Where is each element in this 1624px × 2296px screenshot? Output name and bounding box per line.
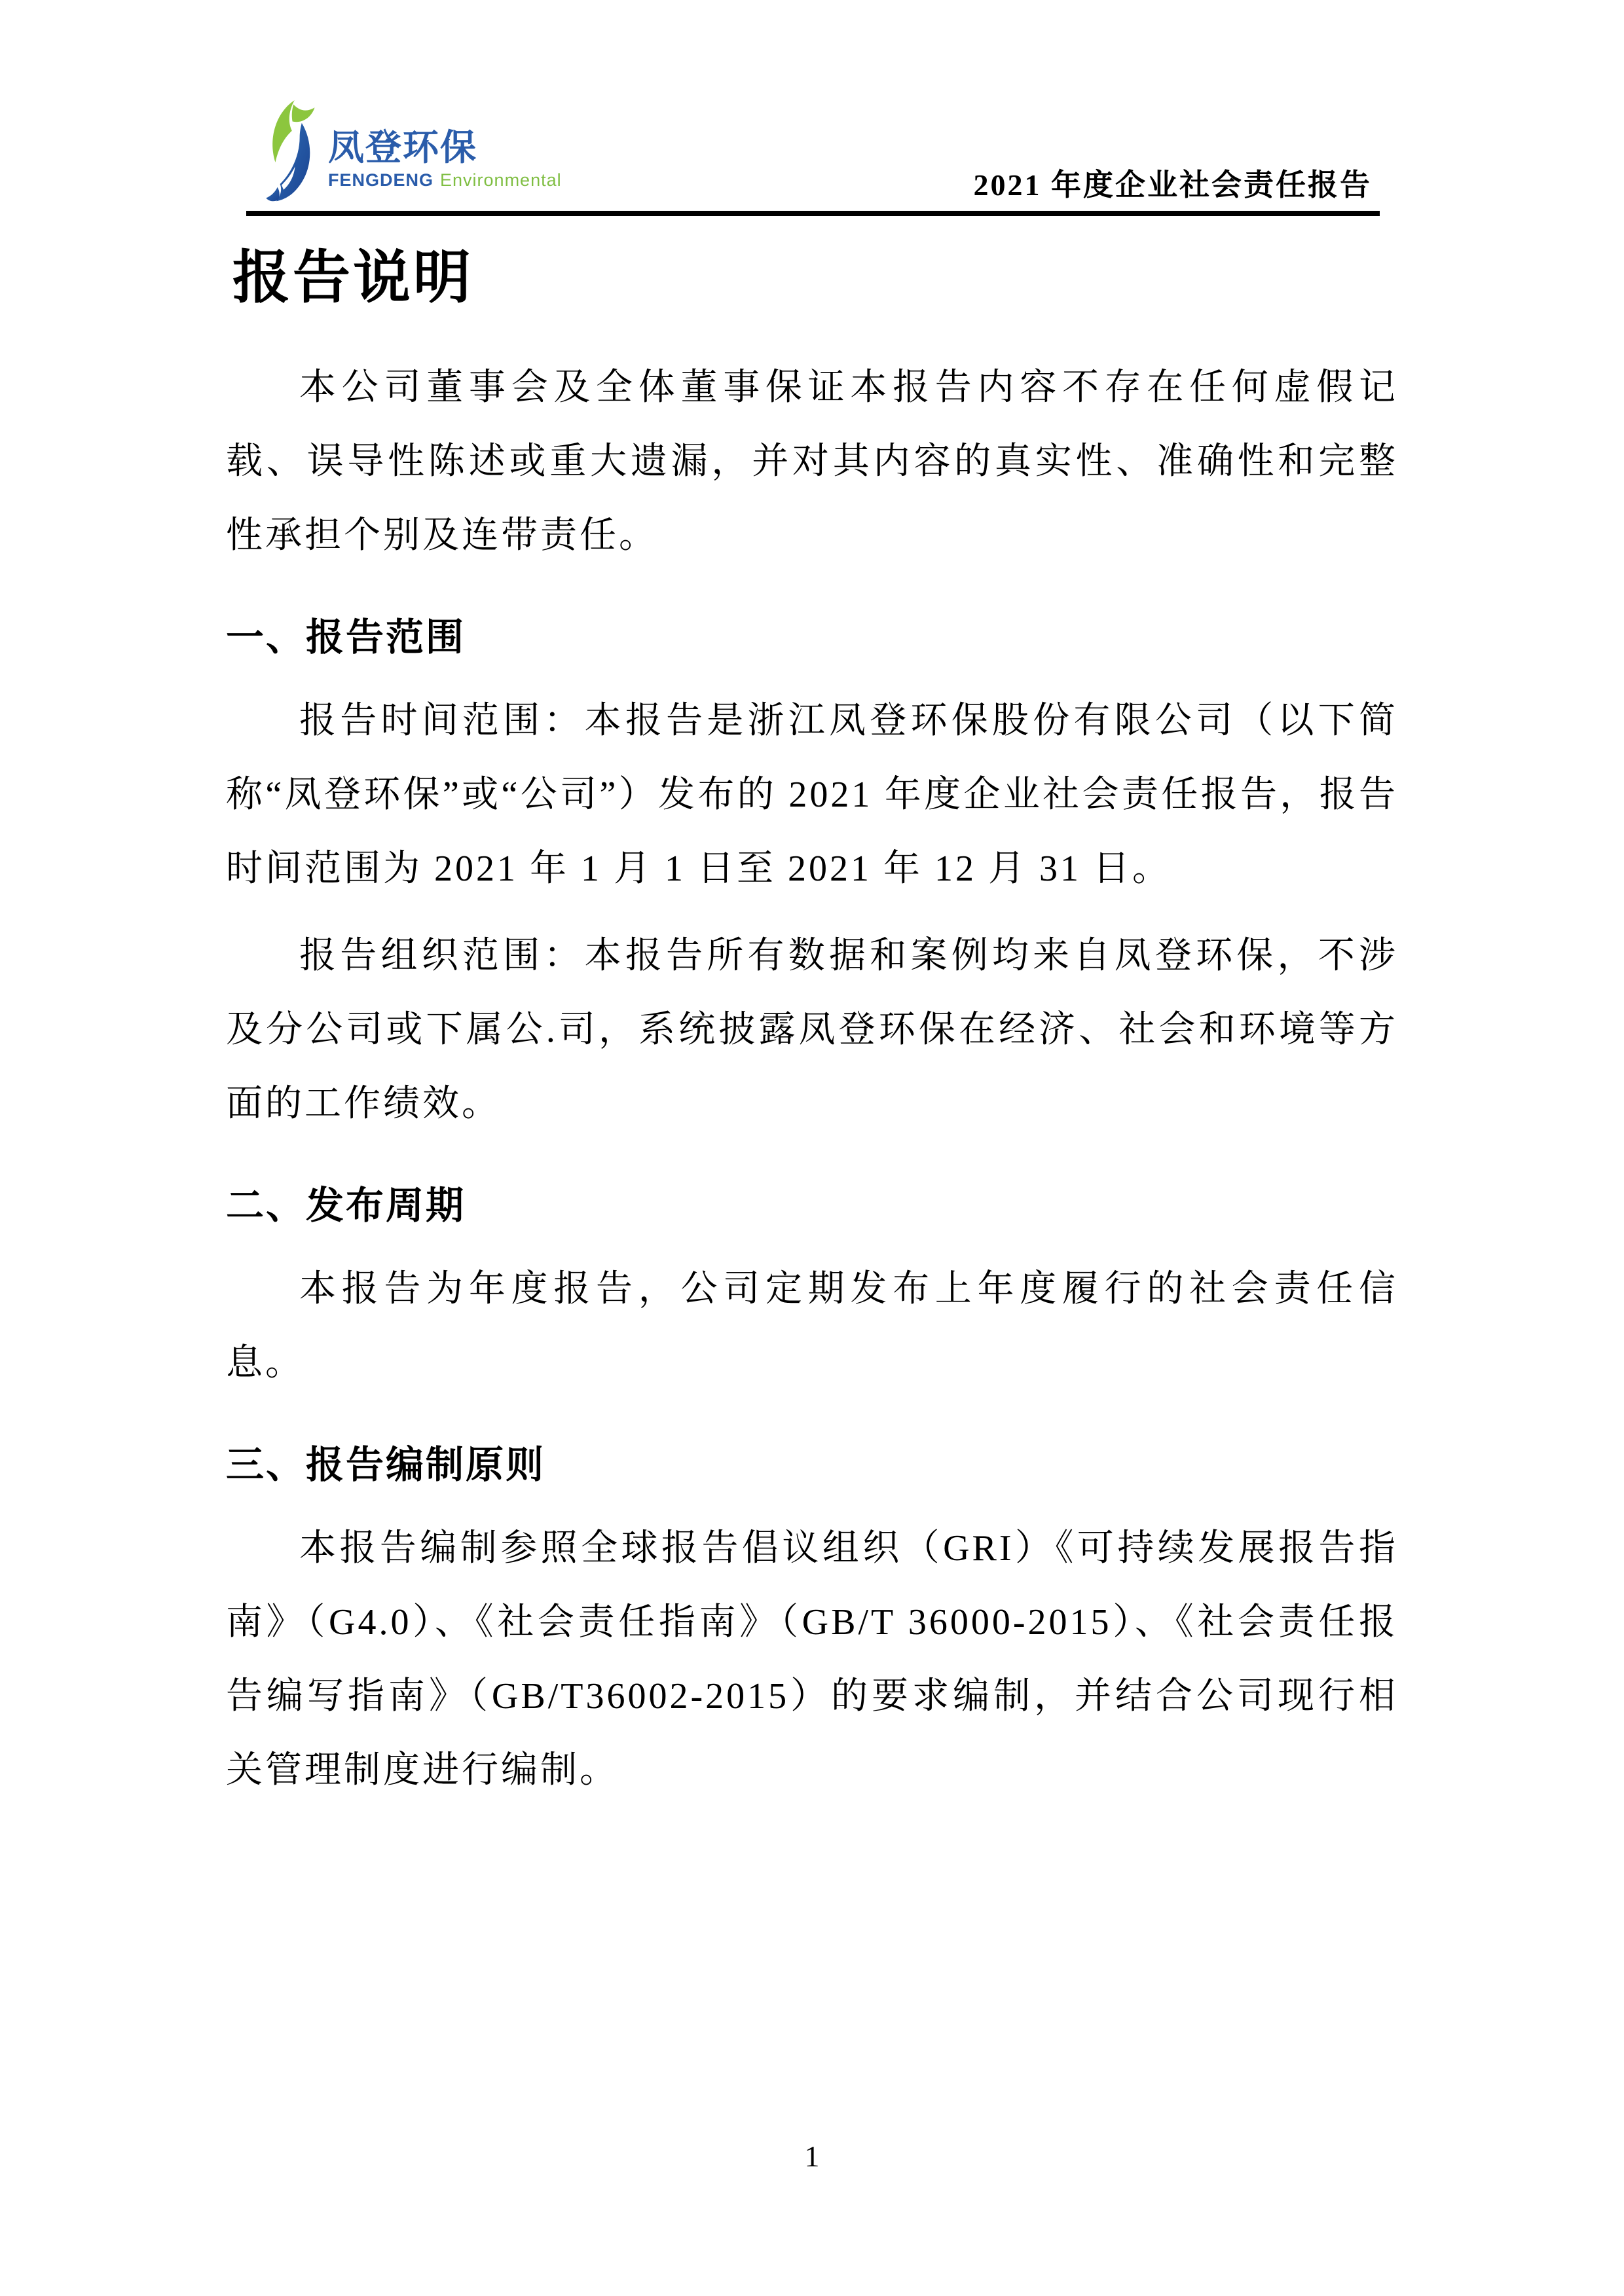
- header-report-title: 2021 年度企业社会责任报告: [974, 161, 1373, 204]
- paragraph-principles: 本报告编制参照全球报告倡议组织（GRI）《可持续发展报告指南》（G4.0）、《社…: [226, 1512, 1398, 1808]
- logo-en-light: Environmental: [440, 170, 562, 190]
- paragraph-time-scope: 报告时间范围：本报告是浙江凤登环保股份有限公司（以下简称“凤登环保”或“公司”）…: [226, 684, 1398, 906]
- paragraph-org-scope: 报告组织范围：本报告所有数据和案例均来自凤登环保，不涉及分公司或下属公.司，系统…: [226, 919, 1398, 1141]
- report-page: 凤登环保 FENGDENGEnvironmental 2021 年度企业社会责任…: [0, 0, 1624, 2296]
- header-rule: [246, 211, 1380, 216]
- logo-company-name-cn: 凤登环保: [328, 128, 562, 166]
- logo-text: 凤登环保 FENGDENGEnvironmental: [328, 98, 562, 190]
- section-heading-principles: 三、报告编制原则: [226, 1442, 1398, 1488]
- page-title: 报告说明: [232, 246, 1398, 309]
- page-number: 1: [0, 2141, 1624, 2172]
- intro-paragraph: 本公司董事会及全体董事保证本报告内容不存在任何虚假记载、误导性陈述或重大遗漏，并…: [226, 351, 1398, 573]
- phoenix-swoosh-icon: [265, 98, 318, 202]
- section-heading-cycle: 二、发布周期: [226, 1183, 1398, 1229]
- page-header: 凤登环保 FENGDENGEnvironmental 2021 年度企业社会责任…: [226, 98, 1398, 211]
- paragraph-cycle: 本报告为年度报告，公司定期发布上年度履行的社会责任信息。: [226, 1252, 1398, 1400]
- company-logo: 凤登环保 FENGDENGEnvironmental: [265, 98, 562, 202]
- section-heading-scope: 一、报告范围: [226, 615, 1398, 661]
- logo-en-bold: FENGDENG: [328, 170, 434, 190]
- logo-company-name-en: FENGDENGEnvironmental: [328, 170, 562, 190]
